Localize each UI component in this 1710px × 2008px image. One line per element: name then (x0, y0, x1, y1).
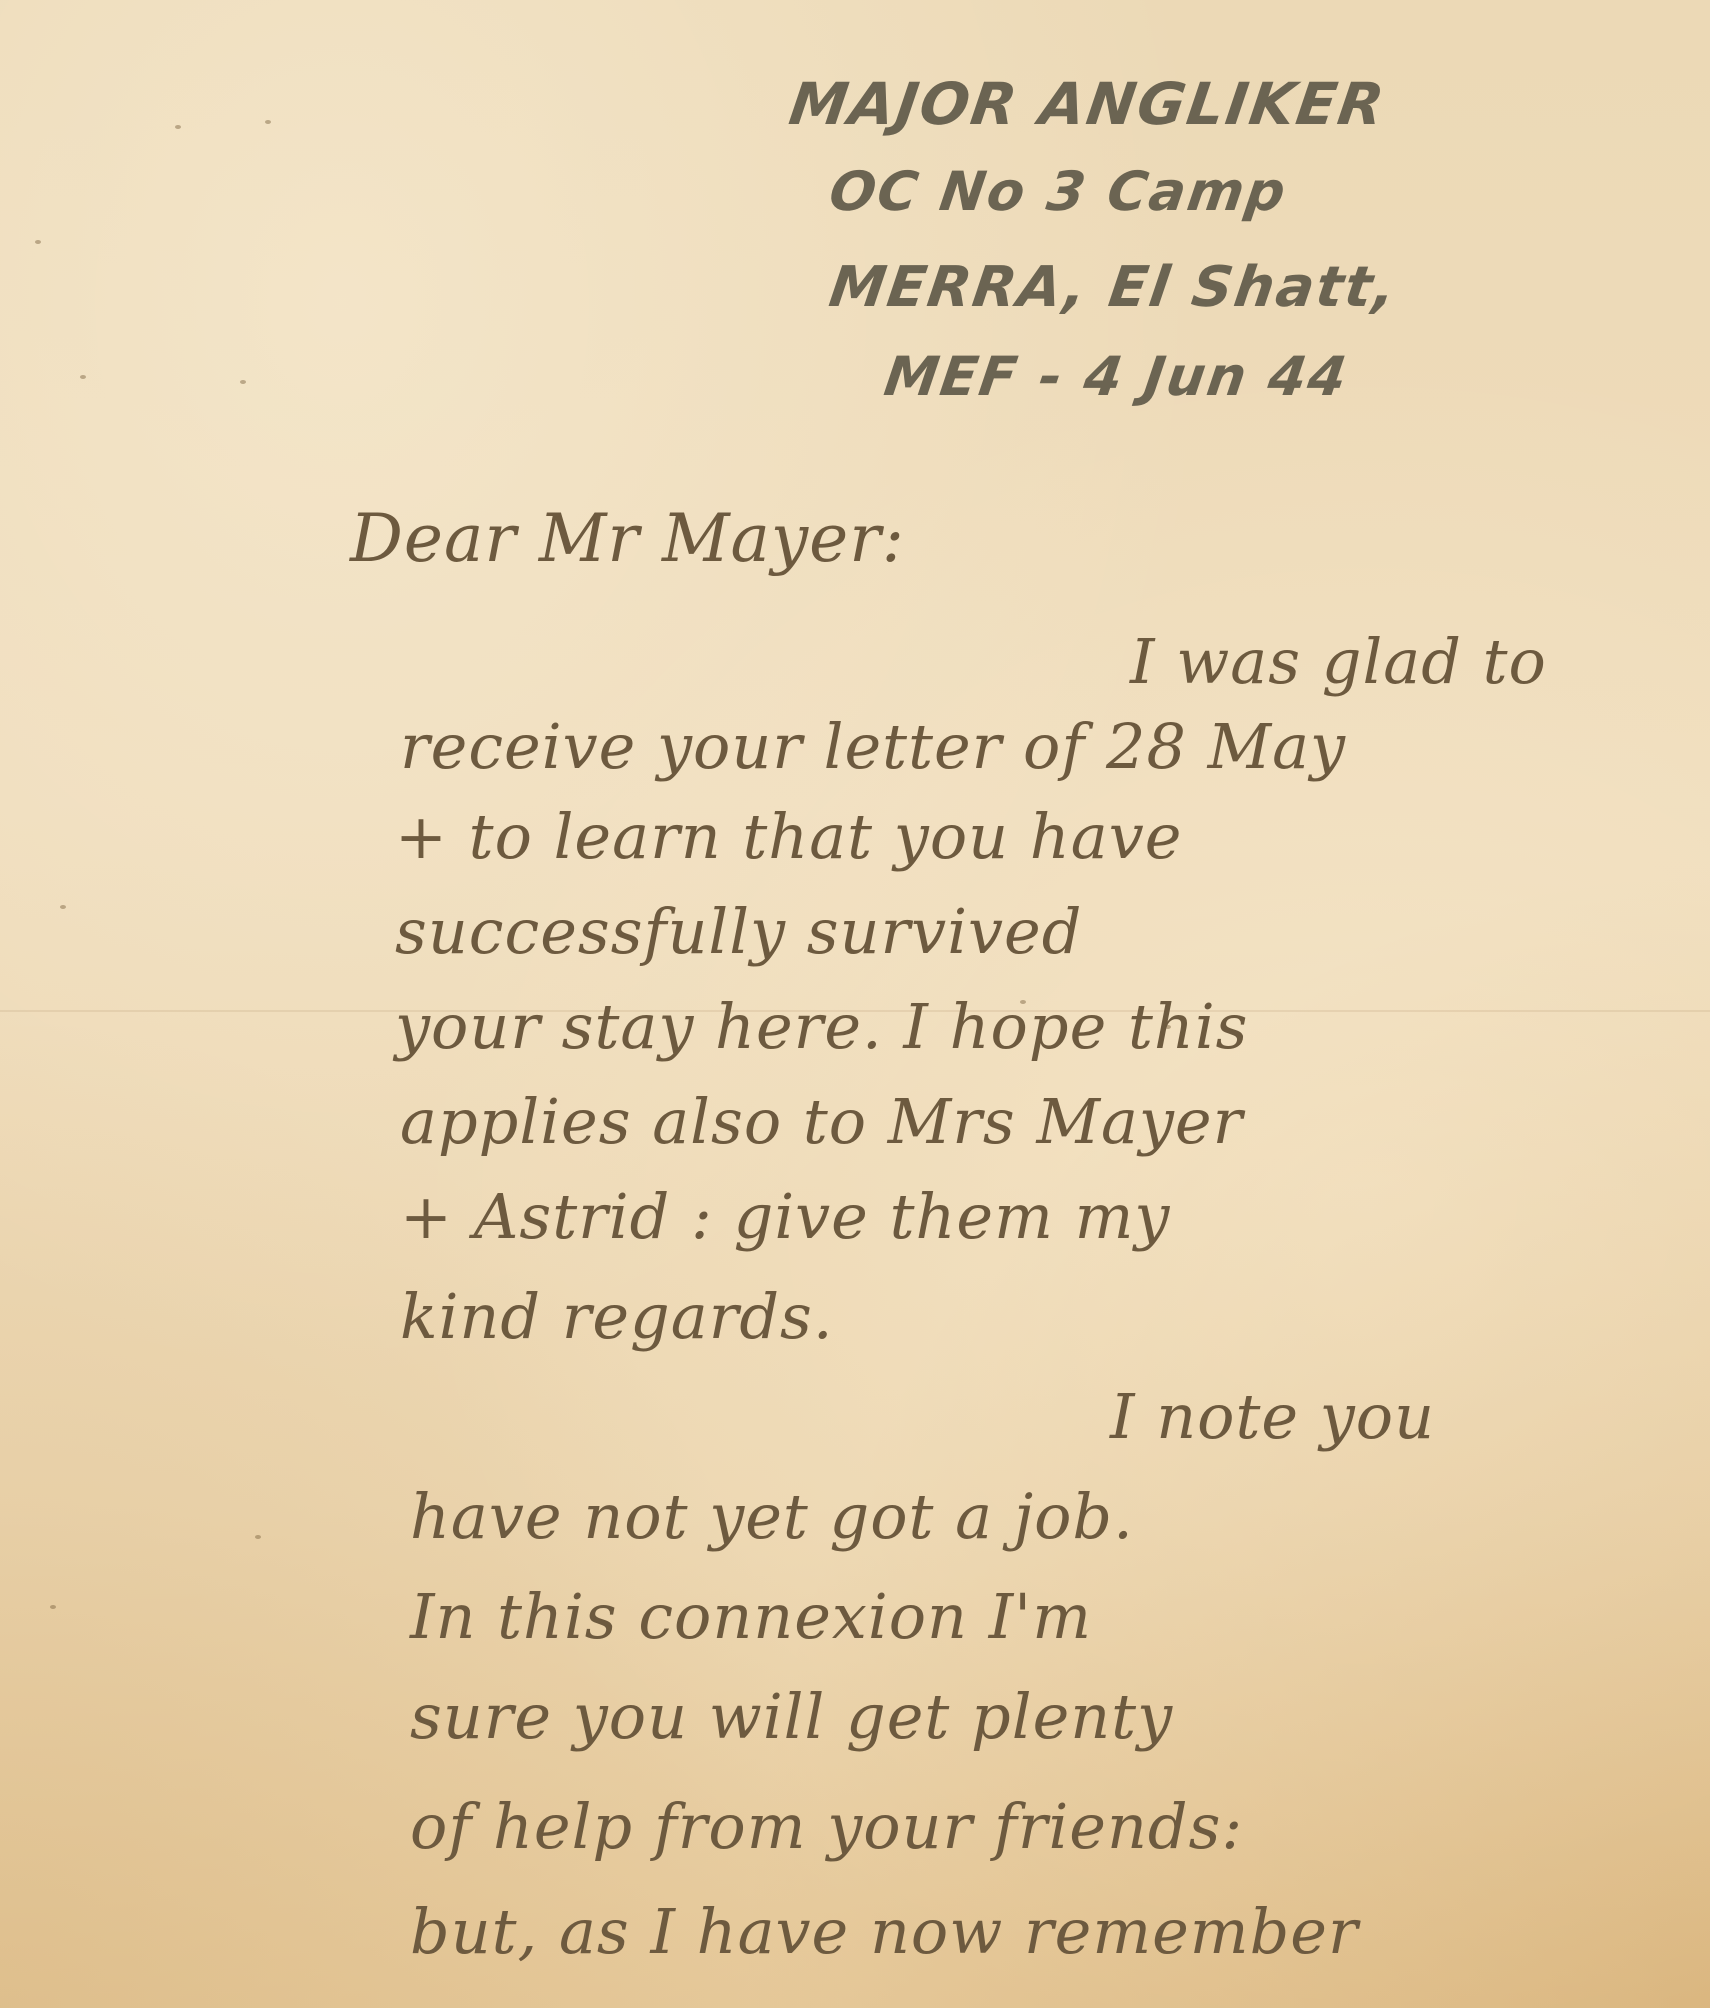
paper-speck (80, 375, 86, 379)
paper-speck (255, 1535, 261, 1539)
paper-speck (240, 380, 246, 384)
paper-speck (50, 1605, 56, 1609)
body-line: have not yet got a job. (410, 1480, 1134, 1553)
header-sender-name: MAJOR ANGLIKER (785, 70, 1390, 138)
paper-speck (35, 240, 41, 244)
header-unit: OC No 3 Camp (826, 160, 1292, 223)
header-date: MEF - 4 Jun 44 (881, 345, 1353, 408)
body-line: + Astrid : give them my (400, 1180, 1170, 1253)
body-line: your stay here. I hope this (395, 990, 1248, 1063)
body-line: receive your letter of 28 May (400, 710, 1346, 783)
body-line: sure you will get plenty (410, 1680, 1173, 1753)
header-location: MERRA, El Shatt, (825, 255, 1401, 320)
body-line: + to learn that you have (395, 800, 1182, 873)
paper-speck (175, 125, 181, 129)
paper-speck (60, 905, 66, 909)
salutation: Dear Mr Mayer: (350, 500, 905, 577)
body-line: I note you (1110, 1380, 1435, 1453)
body-line: In this connexion I'm (410, 1580, 1092, 1653)
body-line: successfully survived (395, 895, 1082, 968)
body-line: I was glad to (1130, 625, 1547, 698)
body-line: applies also to Mrs Mayer (400, 1085, 1243, 1158)
body-line: of help from your friends: (410, 1790, 1243, 1863)
body-line: kind regards. (400, 1280, 834, 1353)
paper-speck (265, 120, 271, 124)
body-line: but, as I have now remember (410, 1895, 1359, 1968)
